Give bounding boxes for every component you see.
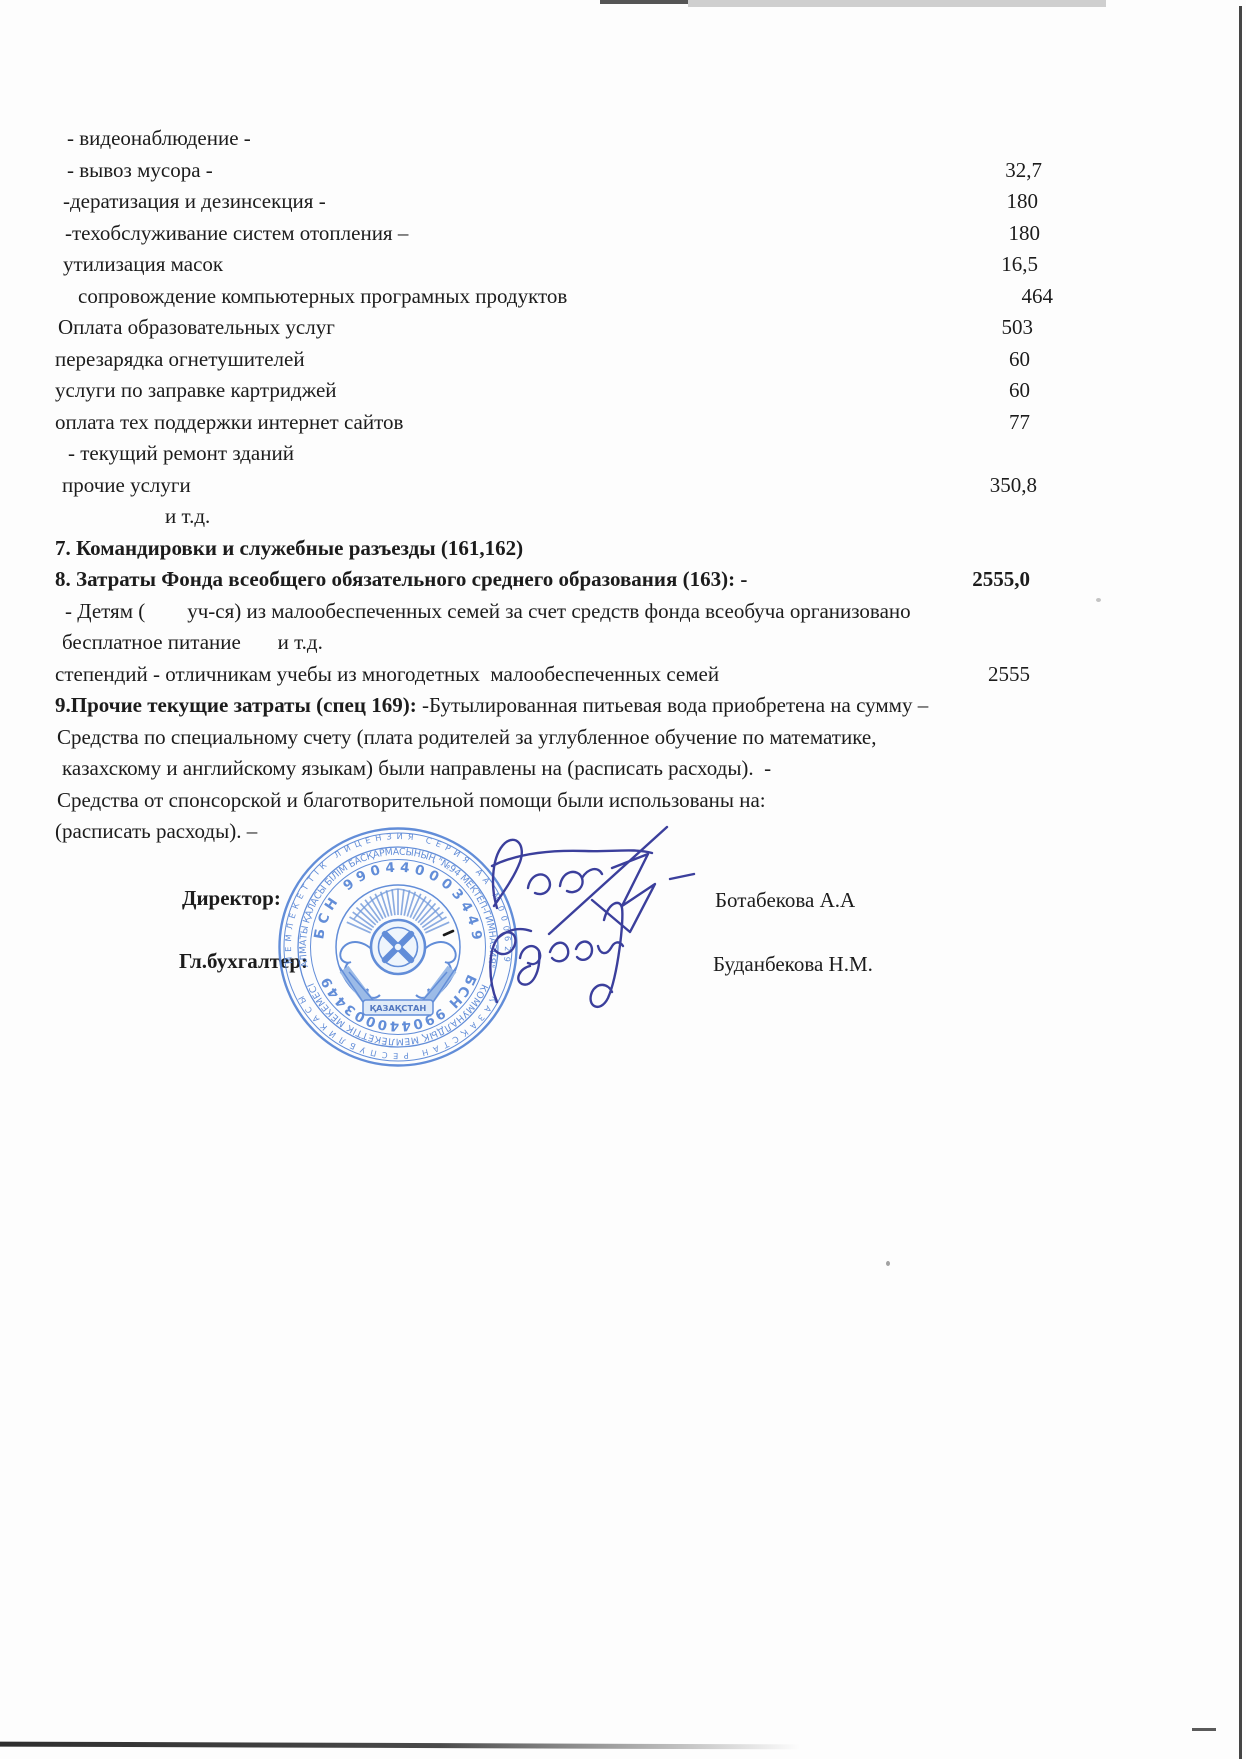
line-label: 8. Затраты Фонда всеобщего обязательного…	[55, 564, 747, 596]
director-signature	[492, 827, 694, 934]
document-line: - вывоз мусора -32,7	[55, 155, 1042, 187]
emblem-banner-text: ҚАЗАҚСТАН	[370, 1003, 427, 1013]
line-label: сопровождение компьютерных програмных пр…	[78, 281, 567, 313]
line-label: и т.д.	[165, 501, 210, 533]
line-label: казахскому и английскому языкам) были на…	[62, 753, 771, 785]
document-line: бесплатное питание и т.д.	[55, 627, 1037, 659]
document-line: прочие услуги350,8	[55, 470, 1037, 502]
line-label: утилизация масок	[63, 249, 223, 281]
document-line: оплата тех поддержки интернет сайтов77	[55, 407, 1030, 439]
line-value: 464	[1022, 281, 1054, 313]
document-line: перезарядка огнетушителей60	[55, 344, 1030, 376]
document-line: казахскому и английскому языкам) были на…	[55, 753, 1037, 785]
document-line: сопровождение компьютерных програмных пр…	[55, 281, 1053, 313]
line-value: 180	[1007, 186, 1039, 218]
document-line: утилизация масок16,5	[55, 249, 1038, 281]
line-value: 32,7	[1005, 155, 1042, 187]
line-value: 350,8	[990, 470, 1037, 502]
line-label: - текущий ремонт зданий	[68, 438, 294, 470]
line-label: 7. Командировки и служебные разъезды (16…	[55, 533, 523, 565]
document-line: 9.Прочие текущие затраты (спец 169): -Бу…	[55, 690, 1030, 722]
line-label: прочие услуги	[62, 470, 191, 502]
line-label: Оплата образовательных услуг	[58, 312, 335, 344]
line-label: услуги по заправке картриджей	[55, 375, 337, 407]
document-line: -техобслуживание систем отопления –180	[55, 218, 1040, 250]
emblem-banner: ҚАЗАҚСТАН	[363, 1000, 433, 1015]
line-value: 180	[1009, 218, 1041, 250]
line-value: 2555,0	[972, 564, 1030, 596]
ink-mark	[444, 931, 453, 935]
document-line: услуги по заправке картриджей60	[55, 375, 1030, 407]
line-label: оплата тех поддержки интернет сайтов	[55, 407, 403, 439]
line-label: -дератизация и дезинсекция -	[63, 186, 326, 218]
document-line: - Детям ( уч-ся) из малообеспеченных сем…	[55, 596, 1040, 628]
document-line: Оплата образовательных услуг503	[55, 312, 1033, 344]
line-label: 9.Прочие текущие затраты (спец 169): -Бу…	[55, 690, 928, 722]
line-label-text: -Бутылированная питьевая вода приобретен…	[417, 693, 929, 717]
document-line: степендий - отличникам учебы из многодет…	[55, 659, 1030, 691]
line-label: перезарядка огнетушителей	[55, 344, 305, 376]
line-value: 503	[1002, 312, 1034, 344]
emblem-shanyrak	[371, 920, 425, 974]
line-label: степендий - отличникам учебы из многодет…	[55, 659, 719, 691]
line-label: Средства по специальному счету (плата ро…	[57, 722, 876, 754]
document-line: 7. Командировки и служебные разъезды (16…	[55, 533, 1030, 565]
document-line: и т.д.	[55, 501, 1140, 533]
line-label: -техобслуживание систем отопления –	[65, 218, 408, 250]
line-value: 77	[1009, 407, 1030, 439]
line-label: - вывоз мусора -	[67, 155, 213, 187]
signatures-ink	[440, 790, 740, 1030]
line-value: 60	[1009, 375, 1030, 407]
line-value: 2555	[988, 659, 1030, 691]
document-line: -дератизация и дезинсекция -180	[55, 186, 1038, 218]
line-label: бесплатное питание и т.д.	[62, 627, 323, 659]
line-label-bold-part: 9.Прочие текущие затраты (спец 169):	[55, 693, 417, 717]
line-value: 16,5	[1001, 249, 1038, 281]
director-label: Директор:	[182, 886, 281, 911]
document-line: 8. Затраты Фонда всеобщего обязательного…	[55, 564, 1030, 596]
document-line: - видеонаблюдение -	[55, 123, 1042, 155]
accountant-signature	[490, 903, 623, 1007]
line-label: - Детям ( уч-ся) из малообеспеченных сем…	[65, 596, 911, 628]
document-line: Средства по специальному счету (плата ро…	[55, 722, 1032, 754]
line-label: (расписать расходы). –	[55, 816, 257, 848]
document-line: - текущий ремонт зданий	[55, 438, 1043, 470]
line-value: 60	[1009, 344, 1030, 376]
line-label: - видеонаблюдение -	[67, 123, 251, 155]
